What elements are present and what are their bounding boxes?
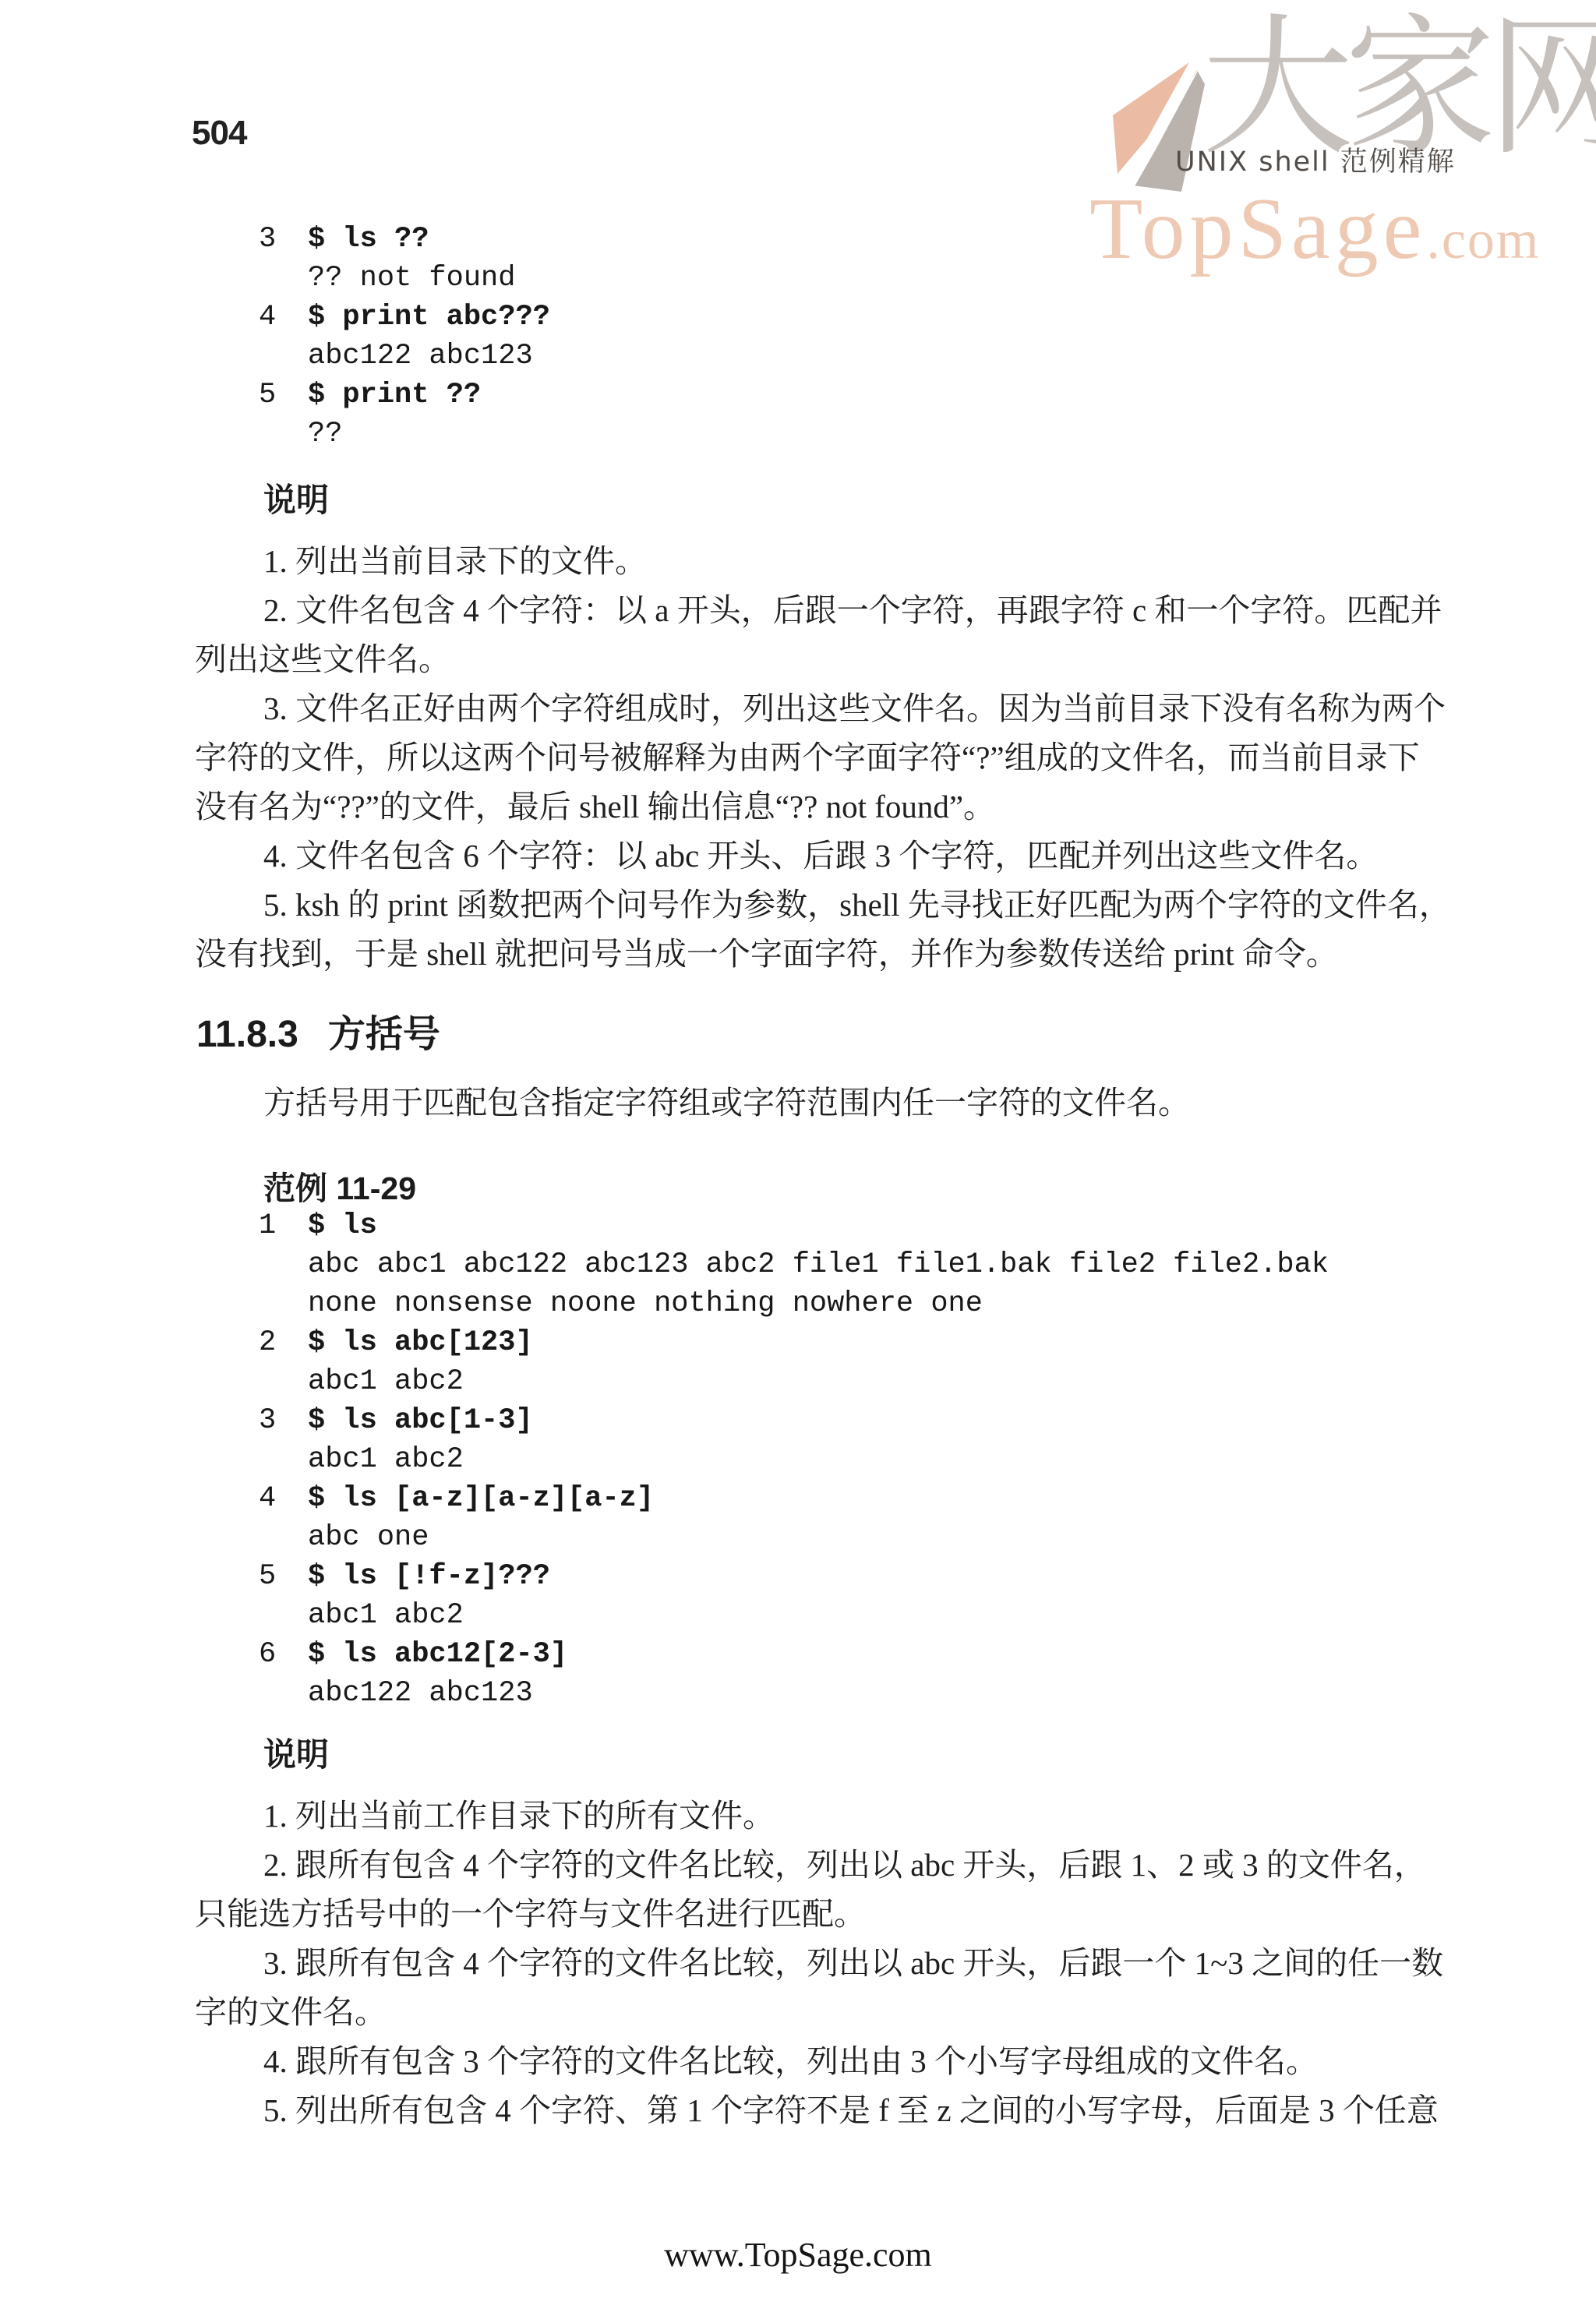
explanation-line: 字的文件名。 xyxy=(195,1988,1535,2037)
shell-output-text: abc122 abc123 xyxy=(308,1677,533,1710)
code-line: abc1 abc2 xyxy=(259,1440,1329,1479)
explanation-line-text: 5. 列出所有包含 4 个字符、第 1 个字符不是 f 至 z 之间的小写字母，… xyxy=(263,2092,1439,2128)
explanation-line-text: 4. 文件名包含 6 个字符：以 abc 开头、后跟 3 个字符，匹配并列出这些… xyxy=(263,838,1378,874)
explanation-line: 4. 跟所有包含 3 个字符的文件名比较，列出由 3 个小写字母组成的文件名。 xyxy=(195,2037,1535,2086)
footer-url: www.TopSage.com xyxy=(0,2235,1596,2275)
explanation-line-text: 字的文件名。 xyxy=(195,1994,387,2030)
topsage-watermark: 大家网 TopSage.com xyxy=(1085,23,1591,335)
explanation-lines: 1. 列出当前工作目录下的所有文件。 2. 跟所有包含 4 个字符的文件名比较，… xyxy=(195,1792,1535,2135)
code-line: 4$ ls [a-z][a-z][a-z] xyxy=(259,1479,1329,1518)
code-line: 3$ ls abc[1-3] xyxy=(259,1401,1329,1440)
section-title: 方括号 xyxy=(328,1014,440,1055)
shell-output-text: abc abc1 abc122 abc123 abc2 file1 file1.… xyxy=(308,1248,1329,1281)
code-line-number: 3 xyxy=(259,1401,308,1440)
explanation-line: 1. 列出当前目录下的文件。 xyxy=(195,537,1535,586)
explanation-line-text: 1. 列出当前目录下的文件。 xyxy=(263,543,647,579)
code-listing-example-11-29: 1$ ls abc abc1 abc122 abc123 abc2 file1 … xyxy=(259,1206,1329,1713)
explanation-line: 字符的文件，所以这两个问号被解释为由两个字面字符“?”组成的文件名，而当前目录下 xyxy=(195,733,1535,782)
code-line: ?? xyxy=(259,415,550,454)
explanation-line-text: 4. 跟所有包含 3 个字符的文件名比较，列出由 3 个小写字母组成的文件名。 xyxy=(263,2043,1318,2079)
explanation-line: 没有找到，于是 shell 就把问号当成一个字面字符，并作为参数传送给 prin… xyxy=(195,930,1535,979)
shell-command-text: $ ls ?? xyxy=(308,223,429,256)
explanation-line-text: 只能选方括号中的一个字符与文件名进行匹配。 xyxy=(195,1896,866,1932)
intro-text: 方括号用于匹配包含指定字符组或字符范围内任一字符的文件名。 xyxy=(263,1085,1190,1121)
explanation-line: 列出这些文件名。 xyxy=(195,635,1535,684)
watermark-brand-suffix: .com xyxy=(1426,210,1540,270)
code-line: abc1 abc2 xyxy=(259,1362,1329,1401)
explanation-line: 3. 跟所有包含 4 个字符的文件名比较，列出以 abc 开头，后跟一个 1~3… xyxy=(195,1939,1535,1988)
code-line-number: 5 xyxy=(259,376,308,415)
code-line-number: 3 xyxy=(259,220,308,259)
code-line: 2$ ls abc[123] xyxy=(259,1323,1329,1362)
code-line: abc122 abc123 xyxy=(259,337,550,376)
code-line: 6$ ls abc12[2-3] xyxy=(259,1635,1329,1674)
code-listing-top: 3$ ls ?? ?? not found 4$ print abc??? ab… xyxy=(259,220,550,454)
code-line: abc abc1 abc122 abc123 abc2 file1 file1.… xyxy=(259,1245,1329,1284)
explanation-section-2: 说明 1. 列出当前工作目录下的所有文件。 2. 跟所有包含 4 个字符的文件名… xyxy=(195,1730,1535,2135)
explanation-line: 3. 文件名正好由两个字符组成时，列出这些文件名。因为当前目录下没有名称为两个 xyxy=(195,684,1535,733)
shell-command-text: $ ls abc[1-3] xyxy=(308,1404,533,1437)
explanation-line-text: 没有找到，于是 shell 就把问号当成一个字面字符，并作为参数传送给 prin… xyxy=(195,936,1338,972)
explanation-lines: 1. 列出当前目录下的文件。 2. 文件名包含 4 个字符：以 a 开头，后跟一… xyxy=(195,537,1535,979)
explanation-line-text: 没有名为“??”的文件，最后 shell 输出信息“?? not found”。 xyxy=(195,789,995,824)
explanation-line-text: 2. 文件名包含 4 个字符：以 a 开头，后跟一个字符，再跟字符 c 和一个字… xyxy=(263,592,1442,628)
section-number: 11.8.3 xyxy=(196,1014,298,1055)
code-line-number: 2 xyxy=(259,1323,308,1362)
explanation-heading: 说明 xyxy=(195,475,1535,524)
code-line-number: 5 xyxy=(259,1557,308,1596)
running-header-title: UNIX shell 范例精解 xyxy=(1175,140,1456,179)
shell-output-text: abc1 abc2 xyxy=(308,1443,464,1476)
explanation-line: 1. 列出当前工作目录下的所有文件。 xyxy=(195,1792,1535,1841)
shell-output-text: abc1 abc2 xyxy=(308,1599,464,1632)
explanation-line-text: 1. 列出当前工作目录下的所有文件。 xyxy=(263,1798,775,1834)
explanation-line-text: 5. ksh 的 print 函数把两个问号作为参数，shell 先寻找正好匹配… xyxy=(263,887,1451,923)
shell-command-text: $ ls abc[123] xyxy=(308,1326,533,1359)
explanation-line-text: 2. 跟所有包含 4 个字符的文件名比较，列出以 abc 开头，后跟 1、2 或… xyxy=(263,1847,1426,1883)
shell-command-text: $ print ?? xyxy=(308,379,481,411)
code-line: abc one xyxy=(259,1518,1329,1557)
explanation-heading: 说明 xyxy=(195,1730,1535,1779)
explanation-line: 5. ksh 的 print 函数把两个问号作为参数，shell 先寻找正好匹配… xyxy=(195,881,1535,930)
explanation-line: 2. 跟所有包含 4 个字符的文件名比较，列出以 abc 开头，后跟 1、2 或… xyxy=(195,1841,1535,1890)
shell-output-text: none nonsense noone nothing nowhere one xyxy=(308,1287,983,1320)
watermark-brand-text: TopSage.com xyxy=(1089,185,1540,284)
shell-command-text: $ print abc??? xyxy=(308,301,550,334)
code-line-number: 6 xyxy=(259,1635,308,1674)
code-line: abc122 abc123 xyxy=(259,1674,1329,1713)
code-line-number: 4 xyxy=(259,1479,308,1518)
explanation-line-text: 3. 跟所有包含 4 个字符的文件名比较，列出以 abc 开头，后跟一个 1~3… xyxy=(263,1945,1443,1981)
shell-output-text: ?? xyxy=(308,418,342,450)
section-heading: 11.8.3方括号 xyxy=(196,1004,440,1057)
code-line: 5$ print ?? xyxy=(259,376,550,415)
shell-command-text: $ ls xyxy=(308,1209,377,1242)
explanation-line: 5. 列出所有包含 4 个字符、第 1 个字符不是 f 至 z 之间的小写字母，… xyxy=(195,2086,1535,2135)
code-line-number: 1 xyxy=(259,1206,308,1245)
code-line-number: 4 xyxy=(259,298,308,337)
code-line: 5$ ls [!f-z]??? xyxy=(259,1557,1329,1596)
explanation-line: 2. 文件名包含 4 个字符：以 a 开头，后跟一个字符，再跟字符 c 和一个字… xyxy=(195,586,1535,635)
shell-command-text: $ ls [a-z][a-z][a-z] xyxy=(308,1482,654,1515)
shell-output-text: abc122 abc123 xyxy=(308,340,533,372)
shell-command-text: $ ls abc12[2-3] xyxy=(308,1638,567,1671)
explanation-line-text: 列出这些文件名。 xyxy=(195,641,450,677)
code-line: 3$ ls ?? xyxy=(259,220,550,259)
shell-output-text: abc one xyxy=(308,1521,429,1554)
explanation-line-text: 3. 文件名正好由两个字符组成时，列出这些文件名。因为当前目录下没有名称为两个 xyxy=(263,690,1446,726)
shell-output-text: abc1 abc2 xyxy=(308,1365,464,1398)
page-number: 504 xyxy=(192,114,246,153)
explanation-line: 没有名为“??”的文件，最后 shell 输出信息“?? not found”。 xyxy=(195,782,1535,831)
shell-output-text: ?? not found xyxy=(308,262,515,295)
code-line: ?? not found xyxy=(259,259,550,298)
watermark-brand-main: TopSage xyxy=(1089,181,1426,277)
section-intro-paragraph: 方括号用于匹配包含指定字符组或字符范围内任一字符的文件名。 xyxy=(195,1079,1535,1128)
explanation-line: 4. 文件名包含 6 个字符：以 abc 开头、后跟 3 个字符，匹配并列出这些… xyxy=(195,831,1535,881)
book-page: { "page": { "number": "504", "header_tit… xyxy=(0,0,1596,2316)
code-line: none nonsense noone nothing nowhere one xyxy=(259,1284,1329,1323)
code-line: 1$ ls xyxy=(259,1206,1329,1245)
shell-command-text: $ ls [!f-z]??? xyxy=(308,1560,550,1593)
code-line: abc1 abc2 xyxy=(259,1596,1329,1635)
explanation-section-1: 说明 1. 列出当前目录下的文件。 2. 文件名包含 4 个字符：以 a 开头，… xyxy=(195,475,1535,979)
explanation-line-text: 字符的文件，所以这两个问号被解释为由两个字面字符“?”组成的文件名，而当前目录下 xyxy=(195,740,1420,775)
code-line: 4$ print abc??? xyxy=(259,298,550,337)
example-heading: 范例 11-29 xyxy=(263,1163,416,1209)
explanation-line: 只能选方括号中的一个字符与文件名进行匹配。 xyxy=(195,1890,1535,1939)
